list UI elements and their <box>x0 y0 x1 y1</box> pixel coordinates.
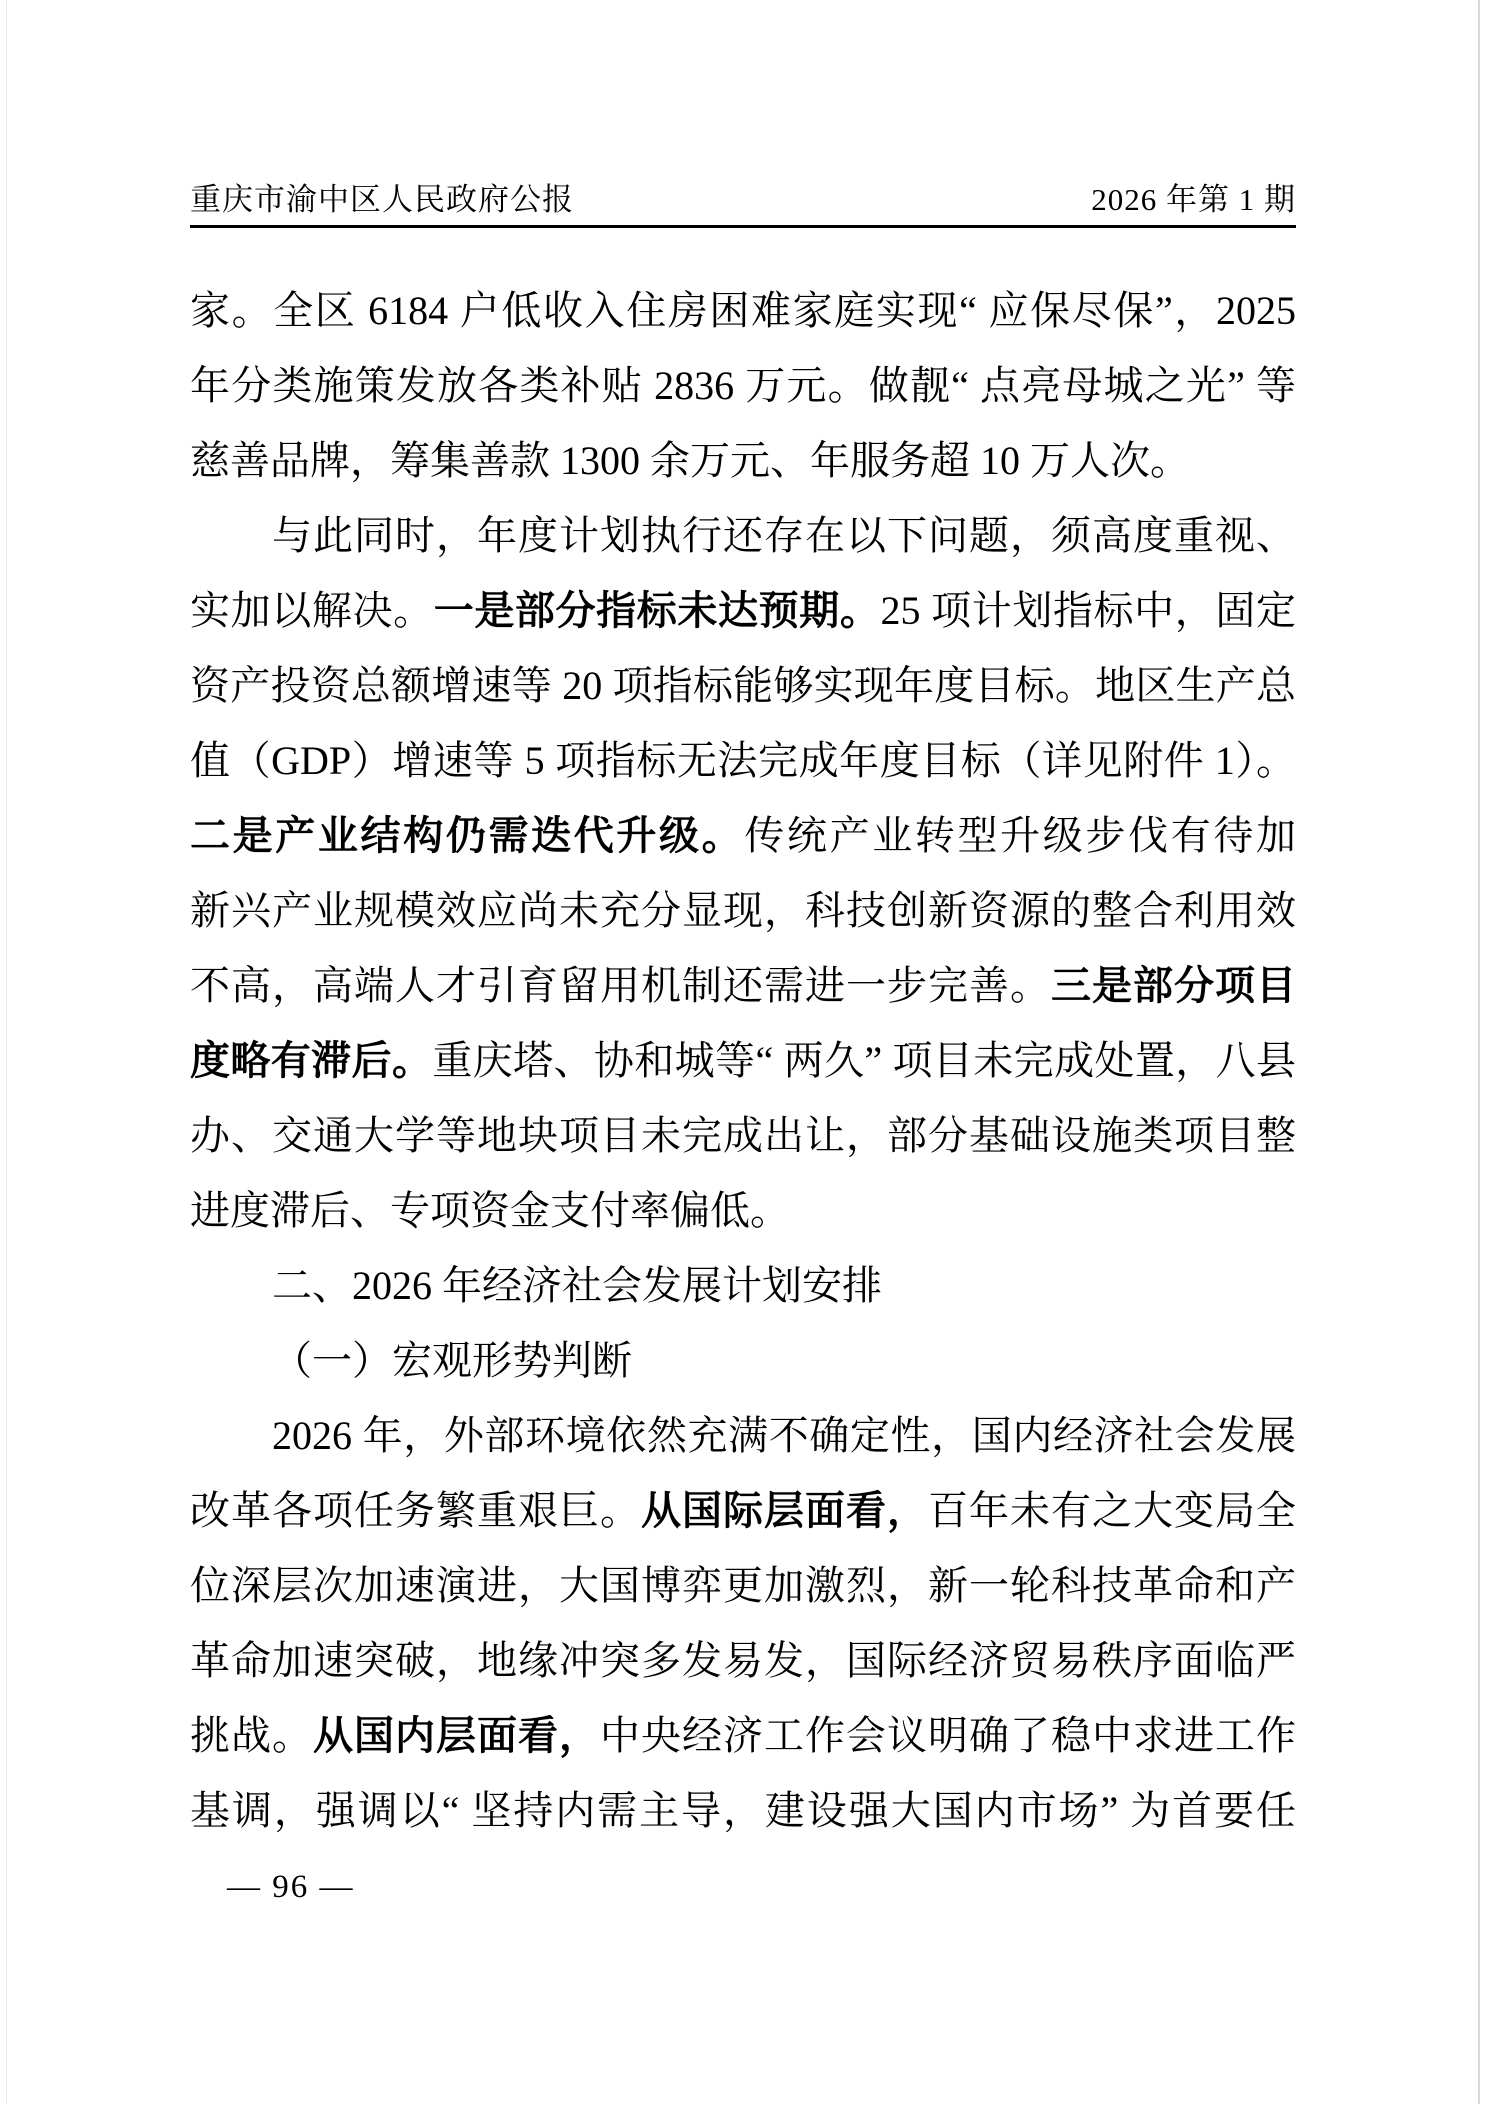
text-segment: 位深层次加速演进，大国博弈更加激烈，新一轮科技革命和产业 <box>190 1563 1296 1623</box>
bold-text-segment: 度略有滞后。 <box>190 1038 432 1083</box>
text-segment: 慈善品牌，筹集善款 1300 余万元、年服务超 10 万人次。 <box>190 438 1190 483</box>
body-line: 革命加速突破，地缘冲突多发易发，国际经济贸易秩序面临严峻 <box>190 1623 1296 1698</box>
bold-text-segment: 一是部分指标未达预期。 <box>434 588 881 633</box>
issue-label: 2026 年第 1 期 <box>1091 184 1296 215</box>
text-segment: 值（GDP）增速等 5 项指标无法完成年度目标（详见附件 1）。 <box>190 738 1296 783</box>
body-line: （一）宏观形势判断 <box>190 1323 1296 1398</box>
body-line: 家。全区 6184 户低收入住房困难家庭实现“ 应保尽保”，2025 <box>190 273 1296 348</box>
scan-left-edge-artifact <box>6 0 7 2104</box>
body-line: 新兴产业规模效应尚未充分显现，科技创新资源的整合利用效率 <box>190 873 1296 948</box>
text-segment: 2026 年，外部环境依然充满不确定性，国内经济社会发展 <box>272 1413 1296 1458</box>
body-line: 二是产业结构仍需迭代升级。传统产业转型升级步伐有待加快， <box>190 798 1296 873</box>
body-line: 不高，高端人才引育留用机制还需进一步完善。三是部分项目进 <box>190 948 1296 1023</box>
text-segment: 年分类施策发放各类补贴 2836 万元。做靓“ 点亮母城之光” 等 <box>190 363 1296 408</box>
text-segment: 资产投资总额增速等 20 项指标能够实现年度目标。地区生产总 <box>190 663 1296 708</box>
text-segment: 重庆塔、协和城等“ 两久” 项目未完成处置，八县 <box>432 1038 1296 1083</box>
publication-title: 重庆市渝中区人民政府公报 <box>190 184 574 215</box>
body-line: 与此同时，年度计划执行还存在以下问题，须高度重视、切 <box>190 498 1296 573</box>
body-line: 改革各项任务繁重艰巨。从国际层面看，百年未有之大变局全方 <box>190 1473 1296 1548</box>
body-line: 挑战。从国内层面看，中央经济工作会议明确了稳中求进工作总 <box>190 1698 1296 1773</box>
text-segment: 新兴产业规模效应尚未充分显现，科技创新资源的整合利用效率 <box>190 888 1296 948</box>
body-line: 基调，强调以“ 坚持内需主导，建设强大国内市场” 为首要任务， <box>190 1773 1296 1848</box>
body-line: 进度滞后、专项资金支付率偏低。 <box>190 1173 1296 1248</box>
text-segment: 改革各项任务繁重艰巨。 <box>190 1488 641 1533</box>
text-segment: 二、2026 年经济社会发展计划安排 <box>272 1263 882 1308</box>
text-segment: 与此同时，年度计划执行还存在以下问题，须高度重视、切 <box>272 513 1296 573</box>
text-segment: 挑战。 <box>190 1713 313 1758</box>
text-segment: 进度滞后、专项资金支付率偏低。 <box>190 1188 790 1233</box>
bold-text-segment: 从国际层面看， <box>641 1488 928 1533</box>
body-line: 位深层次加速演进，大国博弈更加激烈，新一轮科技革命和产业 <box>190 1548 1296 1623</box>
body-line: 实加以解决。一是部分指标未达预期。25 项计划指标中，固定 <box>190 573 1296 648</box>
text-segment: 实加以解决。 <box>190 588 434 633</box>
body-line: 慈善品牌，筹集善款 1300 余万元、年服务超 10 万人次。 <box>190 423 1296 498</box>
body-line: 年分类施策发放各类补贴 2836 万元。做靓“ 点亮母城之光” 等 <box>190 348 1296 423</box>
body-line: 2026 年，外部环境依然充满不确定性，国内经济社会发展 <box>190 1398 1296 1473</box>
document-body: 家。全区 6184 户低收入住房困难家庭实现“ 应保尽保”，2025年分类施策发… <box>190 228 1296 1848</box>
body-line: 度略有滞后。重庆塔、协和城等“ 两久” 项目未完成处置，八县 <box>190 1023 1296 1098</box>
text-segment: 办、交通大学等地块项目未完成出让，部分基础设施类项目整体 <box>190 1113 1296 1173</box>
text-segment: 家。全区 6184 户低收入住房困难家庭实现“ 应保尽保”，2025 <box>190 288 1296 333</box>
page-header: 重庆市渝中区人民政府公报 2026 年第 1 期 <box>190 0 1296 228</box>
body-line: 二、2026 年经济社会发展计划安排 <box>190 1248 1296 1323</box>
document-page: 重庆市渝中区人民政府公报 2026 年第 1 期 家。全区 6184 户低收入住… <box>0 0 1488 2104</box>
body-line: 值（GDP）增速等 5 项指标无法完成年度目标（详见附件 1）。 <box>190 723 1296 798</box>
text-segment: （一）宏观形势判断 <box>272 1338 632 1383</box>
text-segment: 不高，高端人才引育留用机制还需进一步完善。 <box>190 963 1051 1008</box>
text-segment: 革命加速突破，地缘冲突多发易发，国际经济贸易秩序面临严峻 <box>190 1638 1296 1698</box>
body-line: 办、交通大学等地块项目未完成出让，部分基础设施类项目整体 <box>190 1098 1296 1173</box>
page-content: 重庆市渝中区人民政府公报 2026 年第 1 期 家。全区 6184 户低收入住… <box>190 0 1296 1908</box>
bold-text-segment: 从国内层面看， <box>313 1713 600 1758</box>
text-segment: 25 项计划指标中，固定 <box>880 588 1296 633</box>
page-number: — 96 — <box>190 1866 1296 1908</box>
text-segment: 基调，强调以“ 坚持内需主导，建设强大国内市场” 为首要任务， <box>190 1788 1296 1848</box>
scan-right-edge-artifact <box>1478 0 1480 2104</box>
body-line: 资产投资总额增速等 20 项指标能够实现年度目标。地区生产总 <box>190 648 1296 723</box>
bold-text-segment: 二是产业结构仍需迭代升级。 <box>190 813 744 858</box>
